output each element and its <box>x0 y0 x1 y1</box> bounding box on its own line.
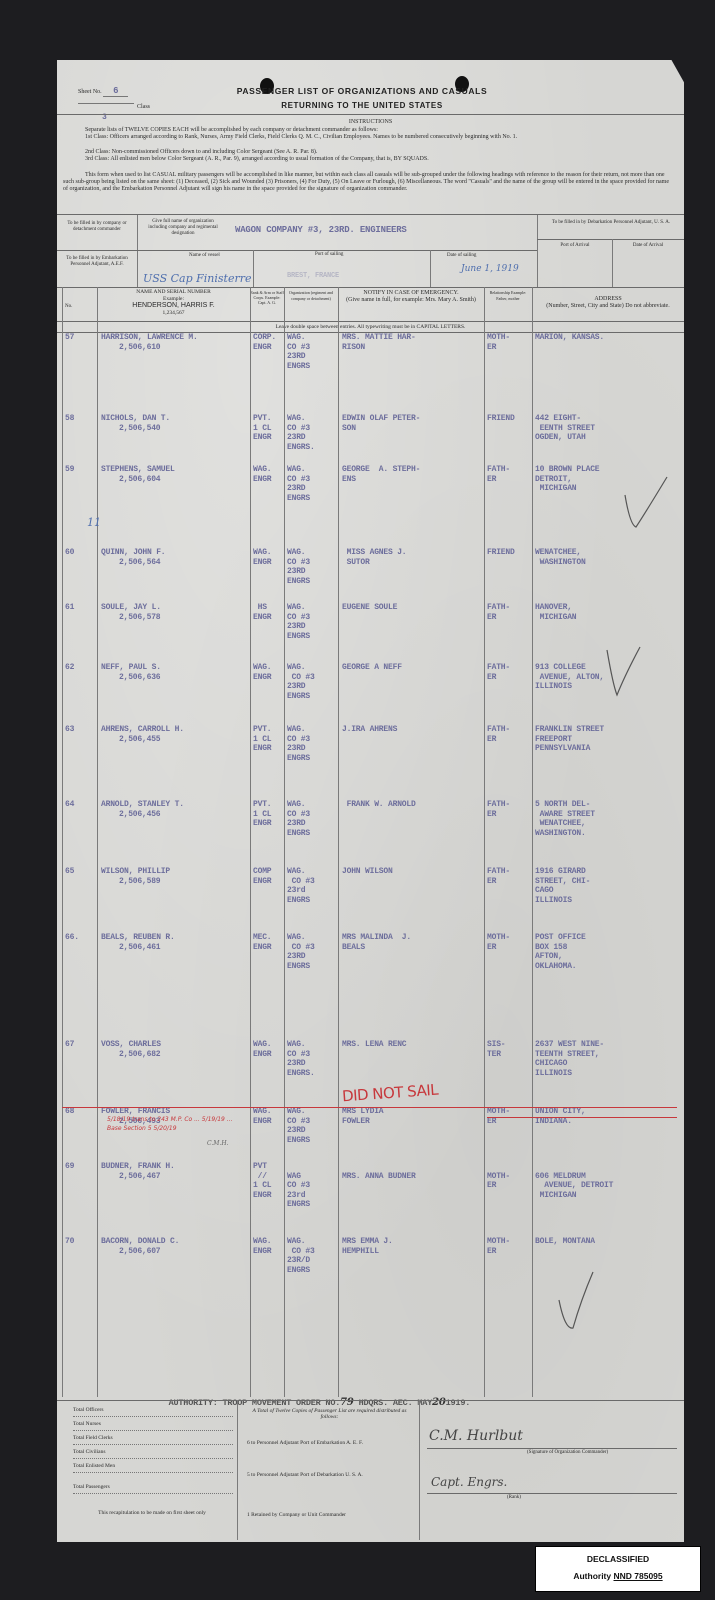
serial-number: 2,506,682 <box>119 1050 249 1060</box>
instructions-text: 2nd Class: Non-commissioned Officers dow… <box>85 149 675 156</box>
passenger-name: ARNOLD, STANLEY T. <box>101 800 251 810</box>
serial-number: 2,506,564 <box>119 558 249 568</box>
passenger-name: BEALS, REUBEN R. <box>101 933 251 943</box>
row-number: 64 <box>65 800 93 810</box>
rank: PVT // 1 CL ENGR <box>253 1162 285 1200</box>
stamp-code: NND 785095 <box>614 1571 663 1581</box>
address: FRANKLIN STREET FREEPORT PENNSYLVANIA <box>535 725 685 754</box>
rank: WAG. ENGR <box>253 465 285 484</box>
col-header-name: NAME AND SERIAL NUMBER Example: HENDERSO… <box>97 289 250 317</box>
relationship: SIS- TER <box>487 1040 533 1059</box>
divider <box>57 287 684 288</box>
col-rule <box>284 287 285 1397</box>
did-not-sail-annotation: DID NOT SAIL <box>341 1081 438 1106</box>
port-arrival-label: Port of Arrival <box>539 243 611 249</box>
authority-middle: HDQRS. AEC. MAY <box>359 1398 433 1408</box>
organization: WAG. CO #3 23RD ENGRS <box>287 725 339 763</box>
row-number: 62 <box>65 663 93 673</box>
recap-line: Total Enlisted Men <box>73 1460 233 1473</box>
rank: WAG. ENGR <box>253 1040 285 1059</box>
recap-block: Total OfficersTotal NursesTotal Field Cl… <box>73 1404 233 1495</box>
col-rule <box>62 287 63 1397</box>
passenger-name: NICHOLS, DAN T. <box>101 414 251 424</box>
table-note: Leave double space between entries. All … <box>57 324 684 330</box>
divider <box>237 1400 238 1540</box>
row-number: 59 <box>65 465 93 475</box>
organization: WAG. CO #3 23R/D ENGRS <box>287 1237 339 1275</box>
emergency-contact: FRANK W. ARNOLD <box>342 800 484 810</box>
relationship: FRIEND <box>487 548 533 558</box>
passenger-name: WILSON, PHILLIP <box>101 867 251 877</box>
col-header-address-label: ADDRESS <box>532 296 684 303</box>
rank: WAG. ENGR <box>253 548 285 567</box>
passenger-name: BACORN, DONALD C. <box>101 1237 251 1247</box>
form-subtitle: RETURNING TO THE UNITED STATES <box>207 101 517 110</box>
relationship: FATH- ER <box>487 663 533 682</box>
serial-number: 2,506,461 <box>119 943 249 953</box>
class-blank <box>78 103 134 104</box>
embark-label: To be filled in by Embarkation Personnel… <box>60 256 134 268</box>
address: 442 EIGHT- EENTH STREET OGDEN, UTAH <box>535 414 685 443</box>
col-header-notify-sub: (Give name in full, for example: Mrs. Ma… <box>340 297 482 304</box>
rank: WAG. ENGR <box>253 663 285 682</box>
check-mark-icon <box>605 645 645 700</box>
rank: WAG. ENGR <box>253 1237 285 1256</box>
passenger-name: QUINN, JOHN F. <box>101 548 251 558</box>
authority-year: 1919. <box>446 1398 471 1408</box>
organization: WAG. CO #3 23RD ENGRS <box>287 663 339 701</box>
rank: MEC. ENGR <box>253 933 285 952</box>
col-header-notify-label: NOTIFY IN CASE OF EMERGENCY. <box>340 290 482 297</box>
serial-number: 2,506,636 <box>119 673 249 683</box>
instructions-text: 1st Class: Officers arranged according t… <box>63 134 675 141</box>
signature-caption: (Signature of Organization Commander) <box>527 1450 608 1456</box>
serial-number: 2,506,610 <box>119 343 249 353</box>
serial-number: 2,506,578 <box>119 613 249 623</box>
recap-line: Total Officers <box>73 1404 233 1417</box>
sheet-no-value: 6 <box>103 86 128 97</box>
divider <box>57 250 537 251</box>
address: 2637 WEST NINE- TEENTH STREET, CHICAGO I… <box>535 1040 685 1078</box>
recap-line: Total Civilians <box>73 1446 233 1459</box>
relationship: FATH- ER <box>487 465 533 484</box>
sheet-no-field: Sheet No. 6 <box>78 87 128 97</box>
company-label: To be filled in by company or detachment… <box>62 221 132 233</box>
passenger-list-form: Sheet No. 6 Class 3 PASSENGER LIST OF OR… <box>57 60 684 1542</box>
serial-number: 2,506,604 <box>119 475 249 485</box>
passenger-name: SOULE, JAY L. <box>101 603 251 613</box>
divider <box>57 114 684 115</box>
divider <box>253 250 254 287</box>
divider <box>137 215 138 287</box>
authority-day: 20 <box>432 1397 446 1408</box>
row-number: 65 <box>65 867 93 877</box>
declassified-stamp: DECLASSIFIED Authority NND 785095 <box>535 1546 701 1592</box>
emergency-contact: GEORGE A. STEPH- ENS <box>342 465 484 484</box>
class-label: Class <box>137 104 150 111</box>
stamp-line1: DECLASSIFIED <box>536 1554 700 1564</box>
recap-note: This recapitulation to be made on first … <box>77 1510 227 1516</box>
org-name-label: Give full name of organization including… <box>143 219 223 237</box>
date-sailing-label: Date of sailing <box>447 253 476 259</box>
row-number: 63 <box>65 725 93 735</box>
row-number: 60 <box>65 548 93 558</box>
col-header-example-name: HENDERSON, HARRIS F. <box>97 302 250 310</box>
initials: C.M.H. <box>207 1140 228 1147</box>
organization: WAG. CO #3 23RD ENGRS <box>287 548 339 586</box>
divider <box>537 239 684 240</box>
col-rule <box>338 287 339 1397</box>
rank: CORP. ENGR <box>253 333 285 352</box>
divider <box>612 239 613 287</box>
address: MARION, KANSAS. <box>535 333 685 343</box>
emergency-contact: MRS MALINDA J. BEALS <box>342 933 484 952</box>
col-header-relationship: Relationship Example: Father, mother <box>484 290 532 301</box>
address: 5 NORTH DEL- AWARE STREET WENATCHEE, WAS… <box>535 800 685 838</box>
col-rule <box>97 287 98 1397</box>
stamp-line2: Authority NND 785095 <box>536 1571 700 1581</box>
passenger-name: STEPHENS, SAMUEL <box>101 465 251 475</box>
date-arrival-label: Date of Arrival <box>614 243 682 249</box>
form-title: PASSENGER LIST OF ORGANIZATIONS AND CASU… <box>207 86 517 96</box>
emergency-contact: MRS. MATTIE HAR- RISON <box>342 333 484 352</box>
row-number: 58 <box>65 414 93 424</box>
passenger-name: BUDNER, FRANK H. <box>101 1162 251 1172</box>
relationship: MOTH- ER <box>487 333 533 352</box>
rank: HS ENGR <box>253 603 285 622</box>
col-header-address-sub: (Number, Street, City and State) Do not … <box>532 303 684 310</box>
recap-line: Total Nurses <box>73 1418 233 1431</box>
organization: WAG CO #3 23rd ENGRS <box>287 1162 339 1210</box>
col-rule <box>250 287 251 1397</box>
sheet-no-label: Sheet No. <box>78 89 102 95</box>
emergency-contact: EDWIN OLAF PETER- SON <box>342 414 484 433</box>
col-header-address: ADDRESS (Number, Street, City and State)… <box>532 296 684 310</box>
date-sailing-value: June 1, 1919 <box>461 264 519 274</box>
organization: WAG. CO #3 23RD ENGRS <box>287 333 339 371</box>
row-number: 67 <box>65 1040 93 1050</box>
serial-number: 2,506,467 <box>119 1172 249 1182</box>
instructions-heading: INSTRUCTIONS <box>57 119 684 126</box>
signature-line <box>427 1448 677 1449</box>
relationship: FATH- ER <box>487 867 533 886</box>
relationship: FATH- ER <box>487 800 533 819</box>
passenger-name: NEFF, PAUL S. <box>101 663 251 673</box>
divider <box>537 215 538 287</box>
col-header-org: Organization (regiment and company or de… <box>284 290 338 301</box>
commander-signature: C.M. Hurlbut <box>429 1428 523 1444</box>
address: POST OFFICE BOX 158 AFTON, OKLAHOMA. <box>535 933 685 971</box>
distribution-item: 6 to Personnel Adjutant Port of Embarkat… <box>247 1440 412 1446</box>
commander-rank: Capt. Engrs. <box>431 1475 507 1489</box>
check-mark-icon <box>557 1270 597 1335</box>
org-name-value: WAGON COMPANY #3, 23RD. ENGINEERS <box>235 225 407 236</box>
distribution-heading: A Total of Twelve Copies of Passenger Li… <box>247 1408 412 1420</box>
port-sailing-label: Port of sailing <box>315 252 343 258</box>
stamp-prefix: Authority <box>573 1571 611 1581</box>
divider <box>57 214 684 215</box>
serial-number: 2,506,456 <box>119 810 249 820</box>
rank: COMP ENGR <box>253 867 285 886</box>
vessel-label: Name of vessel <box>189 253 220 259</box>
address: 606 MELDRUM AVENUE, DETROIT MICHIGAN <box>535 1162 685 1200</box>
emergency-contact: MISS AGNES J. SUTOR <box>342 548 484 567</box>
rank: PVT. 1 CL ENGR <box>253 800 285 829</box>
col-rule <box>484 287 485 1397</box>
rank: PVT. 1 CL ENGR <box>253 414 285 443</box>
organization: WAG. CO #3 23RD ENGRS <box>287 1107 339 1145</box>
rank: PVT. 1 CL ENGR <box>253 725 285 754</box>
passenger-name: AHRENS, CARROLL H. <box>101 725 251 735</box>
passenger-name: HARRISON, LAWRENCE M. <box>101 333 251 343</box>
instructions-text: This form when used to list CASUAL milit… <box>63 172 675 193</box>
organization: WAG. CO #3 23RD ENGRS <box>287 800 339 838</box>
emergency-contact: EUGENE SOULE <box>342 603 484 613</box>
organization: WAG. CO #3 23RD ENGRS <box>287 933 339 971</box>
vessel-value: USS Cap Finisterre <box>143 272 252 285</box>
divider <box>419 1400 420 1540</box>
emergency-contact: GEORGE A NEFF <box>342 663 484 673</box>
address: 1916 GIRARD STREET, CHI- CAGO ILLINOIS <box>535 867 685 905</box>
debark-label: To be filled in by Debarkation Personnel… <box>542 220 680 226</box>
recap-line: Total Passengers <box>73 1481 233 1494</box>
divider <box>57 321 684 322</box>
instructions-text: Separate lists of TWELVE COPIES EACH wil… <box>71 127 676 134</box>
serial-number: 2,506,540 <box>119 424 249 434</box>
relationship: FRIEND <box>487 414 533 424</box>
row59-handwritten-mark: 11 <box>87 516 101 529</box>
check-mark-icon <box>622 475 672 535</box>
emergency-contact: MRS LYDIA FOWLER <box>342 1107 484 1126</box>
relationship: FATH- ER <box>487 725 533 744</box>
rank-caption: (Rank) <box>507 1495 521 1501</box>
instructions-text: 3rd Class: All enlisted men below Color … <box>85 156 675 163</box>
emergency-contact: MRS. ANNA BUDNER <box>342 1162 484 1181</box>
transfer-note: 5/18/19 trans to 243 M.P. Co ... 5/19/19… <box>107 1115 247 1133</box>
row-number: 70 <box>65 1237 93 1247</box>
rank: WAG. ENGR <box>253 1107 285 1126</box>
strike-line <box>62 1107 677 1108</box>
address: BOLE, MONTANA <box>535 1237 685 1247</box>
emergency-contact: J.IRA AHRENS <box>342 725 484 735</box>
col-header-notify: NOTIFY IN CASE OF EMERGENCY. (Give name … <box>340 290 482 304</box>
divider <box>57 1400 684 1401</box>
strike-line <box>487 1117 677 1118</box>
serial-number: 2,506,589 <box>119 877 249 887</box>
relationship: FATH- ER <box>487 603 533 622</box>
serial-number: 2,506,607 <box>119 1247 249 1257</box>
row-number: 68 <box>65 1107 93 1117</box>
organization: WAG. CO #3 23RD ENGRS. <box>287 414 339 452</box>
signature-line <box>427 1493 677 1494</box>
row-number: 61 <box>65 603 93 613</box>
relationship: MOTH- ER <box>487 933 533 952</box>
organization: WAG. CO #3 23RD ENGRS <box>287 465 339 503</box>
serial-number: 2,506,455 <box>119 735 249 745</box>
emergency-contact: MRS EMMA J. HEMPHILL <box>342 1237 484 1256</box>
passenger-name: VOSS, CHARLES <box>101 1040 251 1050</box>
relationship: MOTH- ER <box>487 1237 533 1256</box>
row-number: 57 <box>65 333 93 343</box>
address: HANOVER, MICHIGAN <box>535 603 685 622</box>
order-no: 79 <box>340 1397 354 1408</box>
organization: WAG. CO #3 23rd ENGRS <box>287 867 339 905</box>
col-rule <box>532 287 533 1397</box>
row-number: 69 <box>65 1162 93 1172</box>
recap-line: Total Field Clerks <box>73 1432 233 1445</box>
emergency-contact: JOHN WILSON <box>342 867 484 877</box>
col-header-example-serial: 1,234,567 <box>97 310 250 317</box>
emergency-contact: MRS. LENA RENC <box>342 1040 484 1050</box>
distribution-item: 5 to Personnel Adjutant Port of Debarkat… <box>247 1472 412 1478</box>
port-sailing-value: BREST, FRANCE <box>287 272 339 282</box>
distribution-item: 1 Retained by Company or Unit Commander <box>247 1512 412 1518</box>
col-header-no: No. <box>65 304 72 310</box>
relationship: MOTH- ER <box>487 1162 533 1191</box>
divider <box>430 250 431 287</box>
address: WENATCHEE, WASHINGTON <box>535 548 685 567</box>
organization: WAG. CO #3 23RD ENGRS <box>287 603 339 641</box>
organization: WAG. CO #3 23RD ENGRS. <box>287 1040 339 1078</box>
row-number: 66. <box>65 933 93 943</box>
col-header-rank: Rank & Arm or Staff Corps. Example: Capt… <box>250 290 284 305</box>
